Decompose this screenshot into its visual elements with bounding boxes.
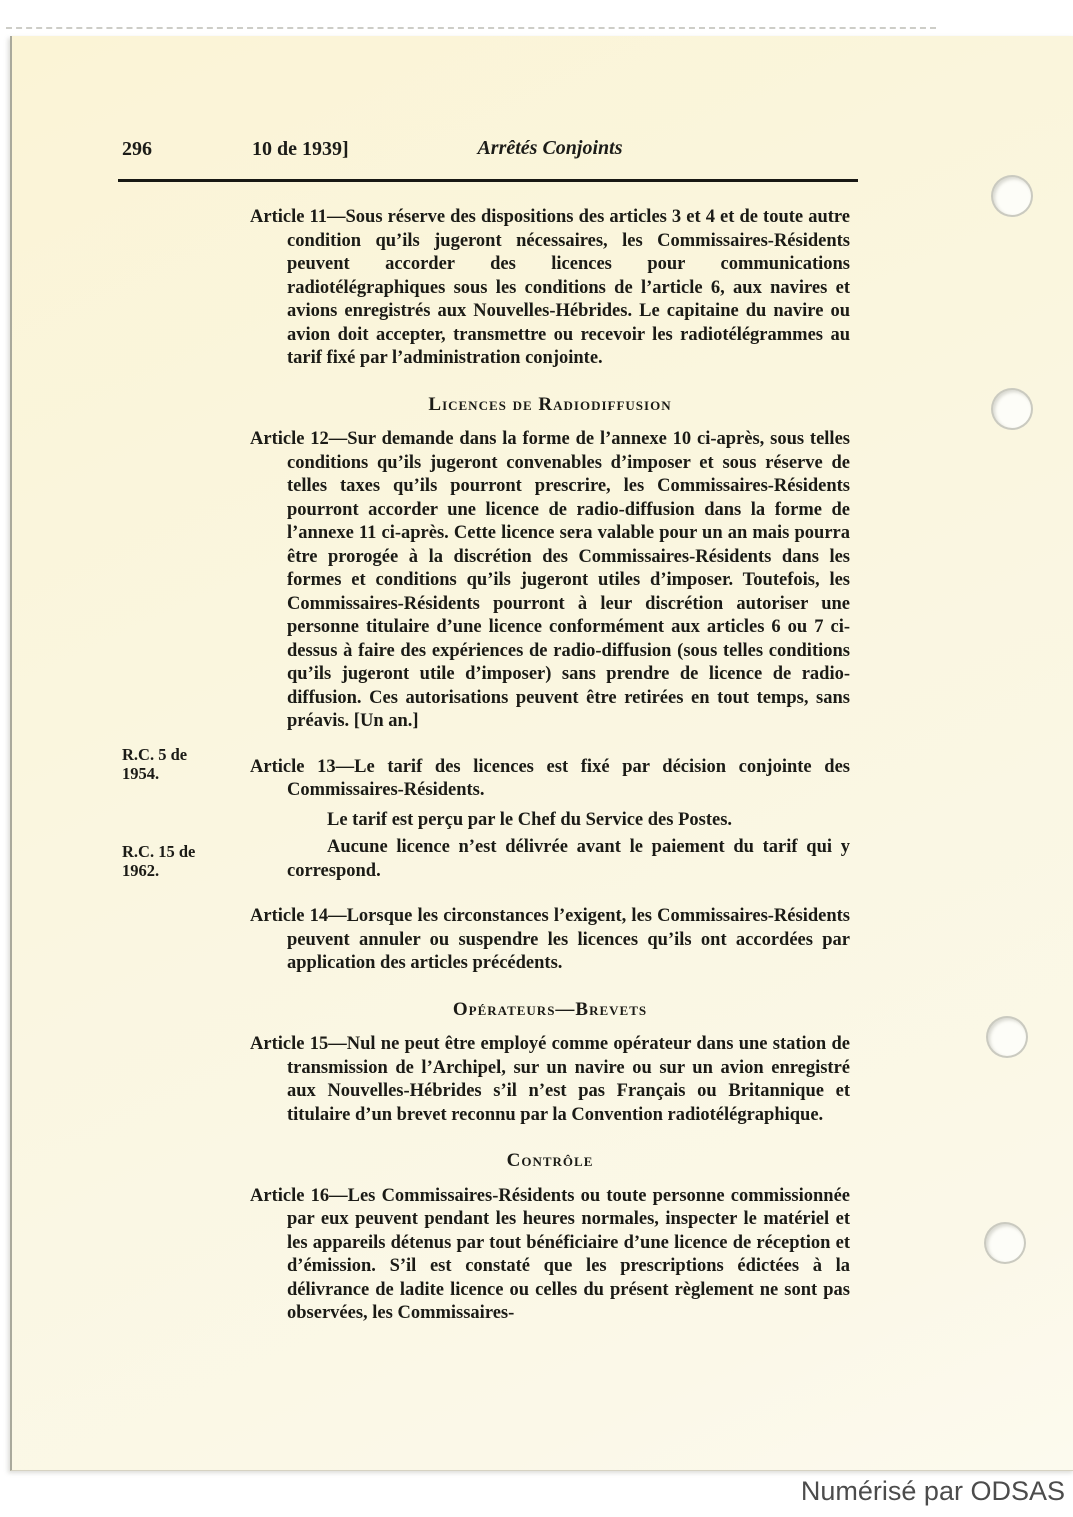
article-14: Article 14—Lorsque les circonstances l’e… [250, 905, 850, 976]
margin-note-line: R.C. 15 de [122, 842, 232, 861]
punch-hole-icon [991, 175, 1033, 217]
article-12: Article 12—Sur demande dans la forme de … [250, 428, 850, 734]
article-13-sub-paragraph-2: Aucune licence n’est délivrée avant le p… [250, 836, 850, 883]
article-13-sub-paragraph-1: Le tarif est perçu par le Chef du Servic… [250, 809, 850, 833]
article-11: Article 11—Sous réserve des dispositions… [250, 206, 850, 371]
punch-hole-icon [986, 1016, 1028, 1058]
margin-note-line: 1954. [122, 764, 232, 783]
punch-hole-icon [984, 1222, 1026, 1264]
section-heading-operateurs-brevets: Opérateurs—Brevets [250, 998, 850, 1022]
odsas-watermark: Numérisé par ODSAS [801, 1476, 1065, 1507]
article-16: Article 16—Les Commissaires-Résidents ou… [250, 1185, 850, 1326]
running-title: Arrêtés Conjoints [250, 137, 850, 160]
header-rule [118, 179, 858, 182]
page-number: 296 [122, 138, 152, 161]
text-column: Article 11—Sous réserve des dispositions… [250, 206, 850, 1348]
section-heading-controle: Contrôle [250, 1149, 850, 1173]
margin-note-rc-5-1954: R.C. 5 de 1954. [122, 745, 232, 783]
scan-background: 296 10 de 1939] Arrêtés Conjoints R.C. 5… [0, 0, 1073, 1517]
punch-hole-icon [991, 388, 1033, 430]
margin-note-line: 1962. [122, 861, 232, 880]
article-15: Article 15—Nul ne peut être employé comm… [250, 1033, 850, 1127]
scanned-page: 296 10 de 1939] Arrêtés Conjoints R.C. 5… [10, 36, 1073, 1471]
scan-artifact-line [6, 27, 936, 29]
margin-note-rc-15-1962: R.C. 15 de 1962. [122, 842, 232, 880]
article-13: Article 13—Le tarif des licences est fix… [250, 756, 850, 803]
section-heading-radiodiffusion: Licences de Radiodiffusion [250, 393, 850, 417]
margin-note-line: R.C. 5 de [122, 745, 232, 764]
